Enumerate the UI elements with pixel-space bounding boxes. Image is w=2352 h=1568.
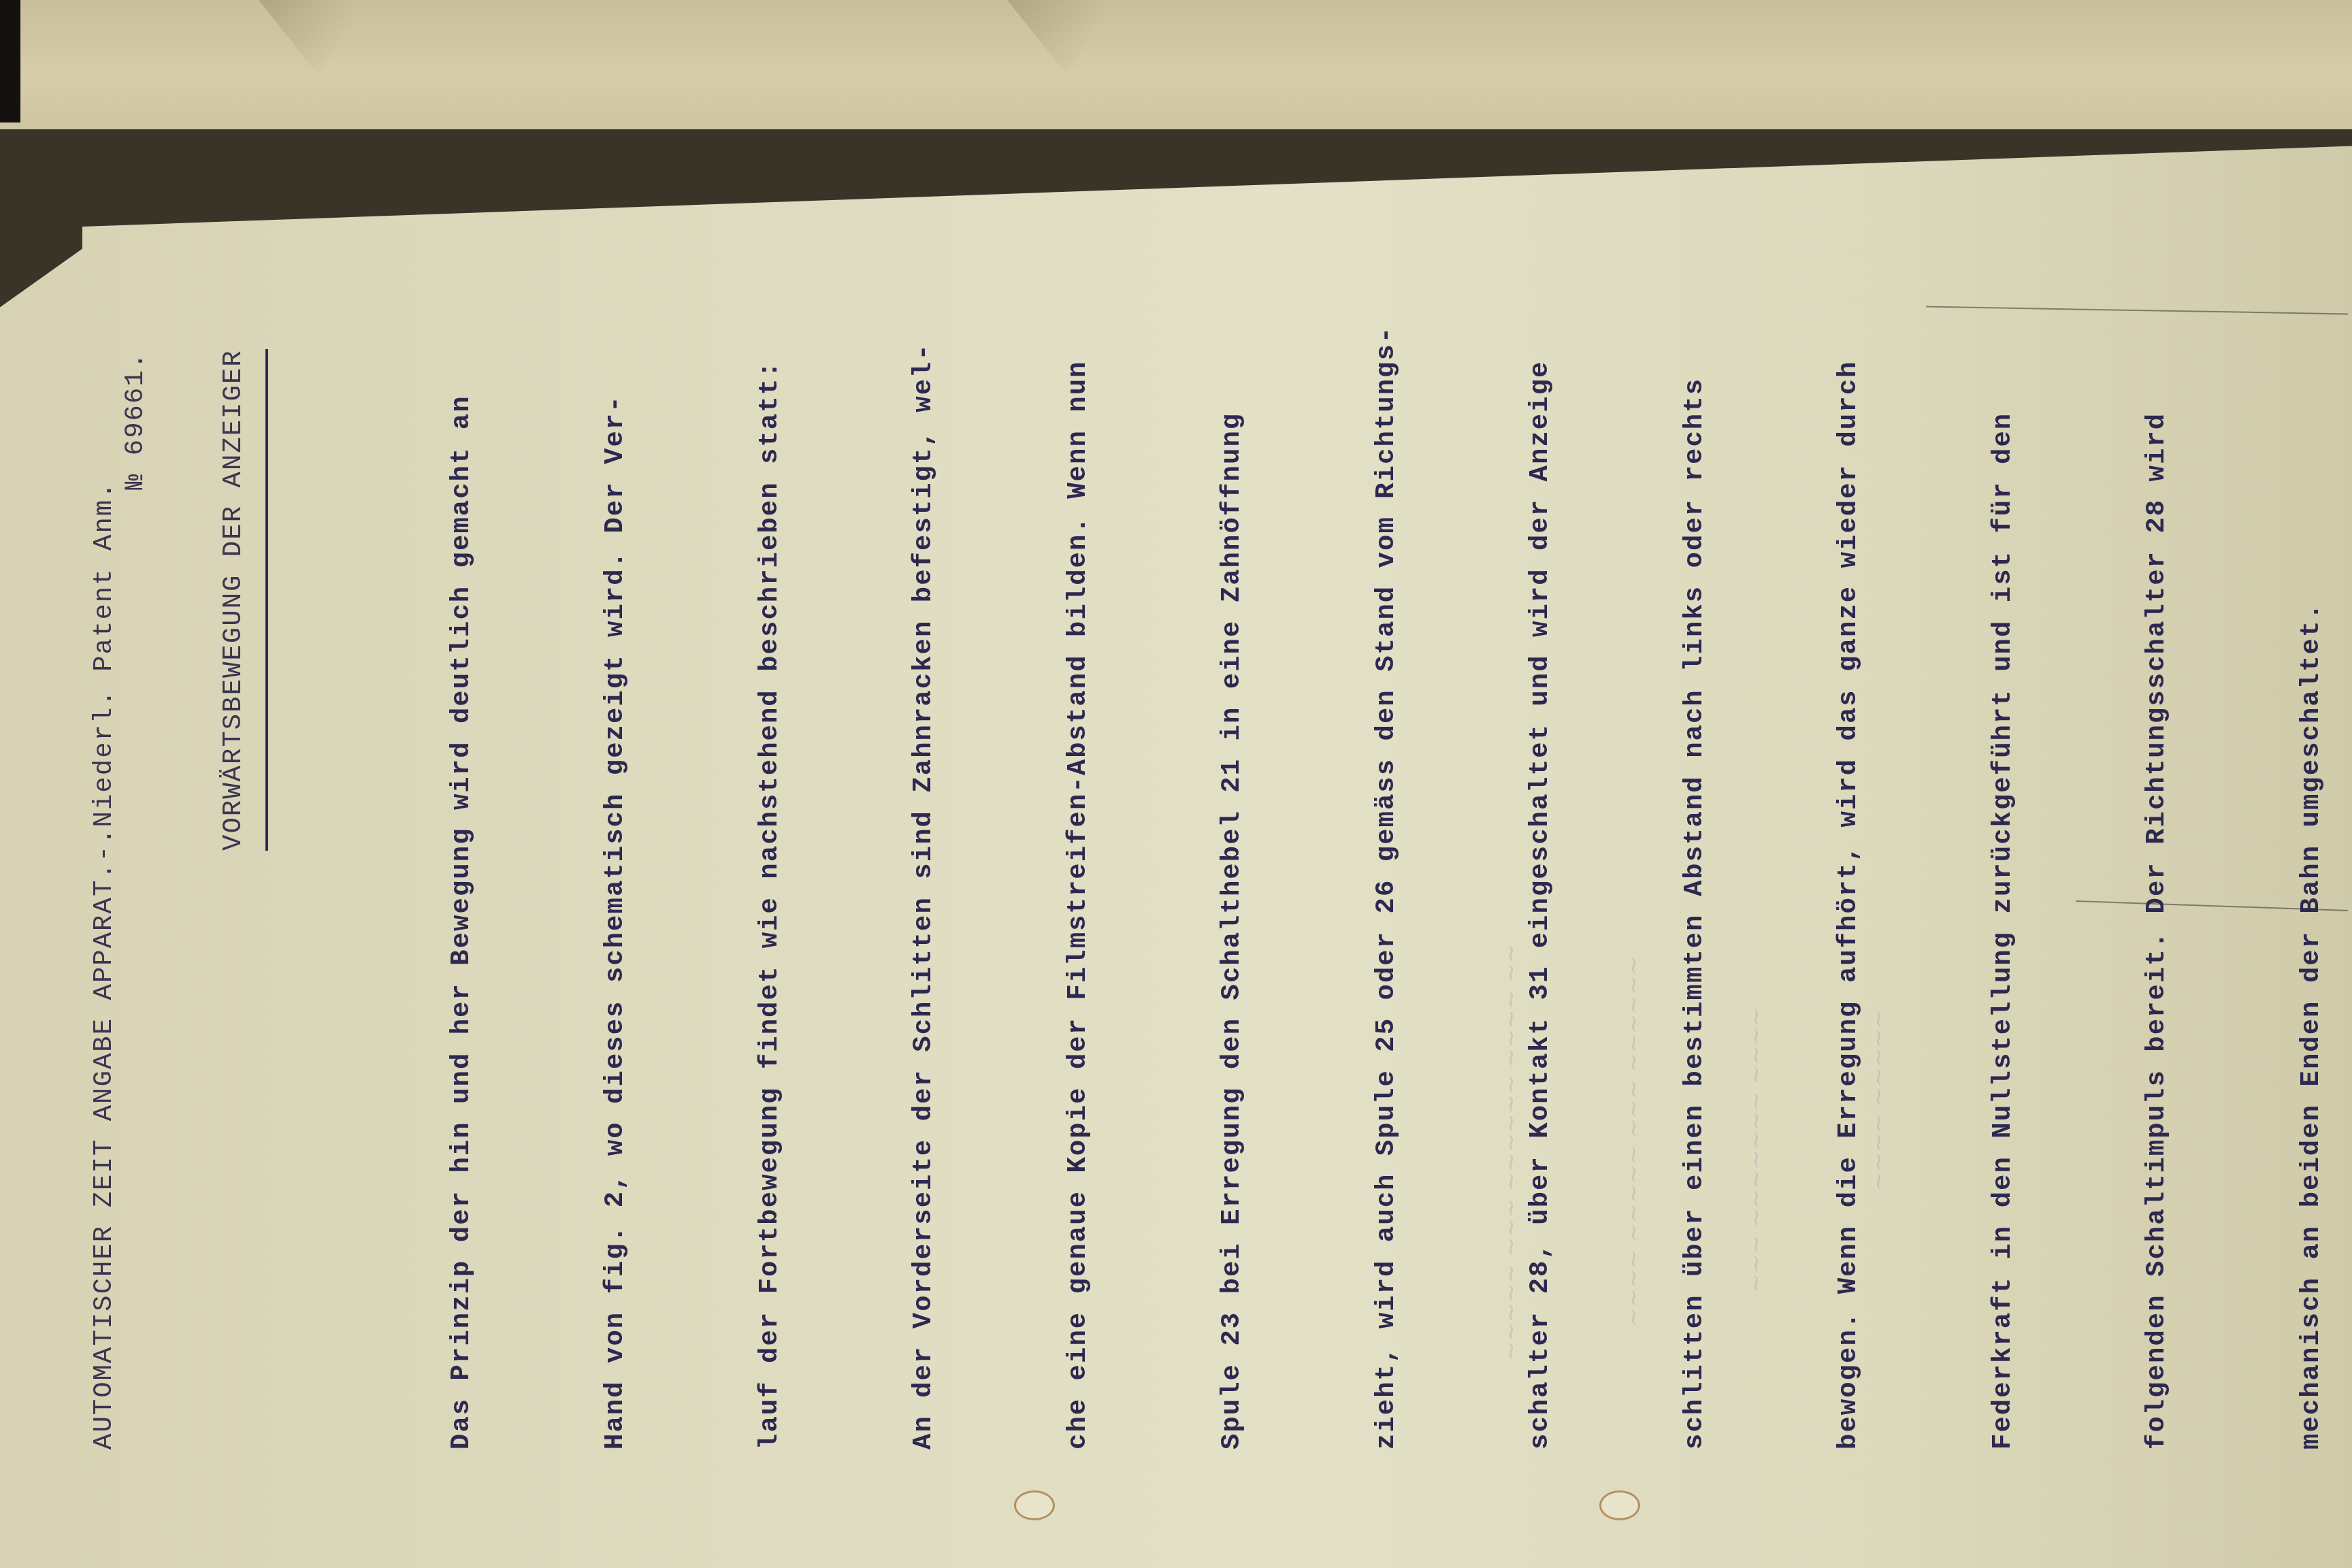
punch-hole [1599,1490,1640,1520]
paragraph-vorwaertsbewegung: Das Prinzip der hin und her Bewegung wir… [333,88,2352,1450]
section-heading-vorwaertsbewegung: VORWÄRTSBEWEGUNG DER ANZEIGER [208,88,268,1450]
text-line: che eine genaue Kopie der Filmstreifen-A… [1053,88,1105,1450]
text-line: folgenden Schaltimpuls bereit. Der Richt… [2131,88,2183,1450]
text-line: bewogen. Wenn die Erregung aufhört, wird… [1823,88,1875,1450]
patent-number: № 69661. [120,88,151,1450]
punch-hole [1014,1490,1055,1520]
text-line: An der Vorderseite der Schlitten sind Za… [898,88,950,1450]
text-line: schlitten über einen bestimmten Abstand … [1669,88,1721,1450]
text-line: Hand von fig. 2, wo dieses schematisch g… [590,88,642,1450]
text-line: lauf der Fortbewegung findet wie nachste… [745,88,796,1450]
header-title: AUTOMATISCHER ZEIT ANGABE APPARAT.-.Nied… [88,88,120,1450]
text-line: Das Prinzip der hin und her Bewegung wir… [436,88,488,1450]
text-line: schalter 28, über Kontakt 31 eingeschalt… [1515,88,1567,1450]
text-line: zieht, wird auch Spule 25 oder 26 gemäss… [1361,88,1413,1450]
document-body: AUTOMATISCHER ZEIT ANGABE APPARAT.-.Nied… [88,88,2352,1450]
text-line: Spule 23 bei Erregung den Schalthebel 21… [1207,88,1258,1450]
text-line: mechanisch an beiden Enden der Bahn umge… [2286,88,2338,1450]
dark-edge [0,0,20,122]
document-header: AUTOMATISCHER ZEIT ANGABE APPARAT.-.Nied… [88,88,151,1450]
text-line: Federkraft in den Nullstellung zurückgef… [1978,88,2029,1450]
